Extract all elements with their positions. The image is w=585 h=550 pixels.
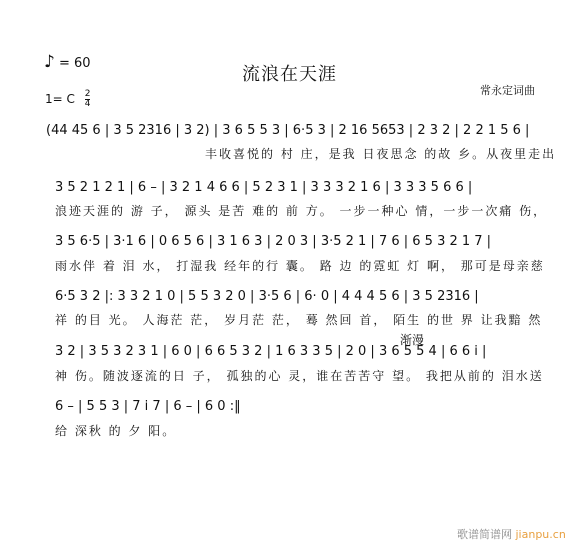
notation-line-2: 3 5 2 1 2 1 | 6 – | 3 2 1 4 6 6 | 5 2 3 … <box>55 180 472 195</box>
author-credit: 常永定词曲 <box>480 82 535 98</box>
time-signature: 2 4 <box>85 90 91 109</box>
key-label: 1= C <box>45 92 75 106</box>
eighth-note-icon: ♪ <box>44 52 55 72</box>
lyrics-line-4: 祥 的目 光。 人海茫 茫， 岁月茫 茫， 蓦 然回 首， 陌生 的世 界 让我… <box>55 311 542 328</box>
notation-line-4: 6·5 3 2 |: 3 3 2 1 0 | 5 5 3 2 0 | 3·5 6… <box>55 289 479 304</box>
notation-line-1: (44 45 6 | 3 5 2316 | 3 2) | 3 6 5 5 3 |… <box>46 123 529 138</box>
watermark-site-name: 歌谱简谱网 <box>457 528 512 541</box>
lyrics-line-6: 给 深秋 的 夕 阳。 <box>55 422 176 439</box>
notation-line-5: 3 2 | 3 5 3 2 3 1 | 6 0 | 6 6 5 3 2 | 1 … <box>55 344 486 359</box>
lyrics-line-3: 雨水伴 着 泪 水， 打湿我 经年的行 囊。 路 边 的霓虹 灯 啊， 那可是母… <box>55 257 545 274</box>
notation-line-3: 3 5 6·5 | 3·1 6 | 0 6 5 6 | 3 1 6 3 | 2 … <box>55 234 491 249</box>
tempo-value: = 60 <box>59 56 91 71</box>
tempo-marking: ♪ = 60 <box>44 52 91 72</box>
watermark-domain: jianpu.cn <box>516 528 566 541</box>
lyrics-line-5: 神 伤。随波逐流的日 子， 孤独的心 灵，谁在苦苦守 望。 我把从前的 泪水送 <box>55 367 544 384</box>
lyrics-line-2: 浪迹天涯的 游 子， 源头 是苦 难的 前 方。 一步一种心 情，一步一次痛 伤… <box>55 202 547 219</box>
notation-line-6: 6 – | 5 5 3 | 7 i 7 | 6 – | 6 0 :‖ <box>55 399 241 414</box>
time-sig-bottom: 4 <box>85 100 91 109</box>
song-title: 流浪在天涯 <box>242 60 337 86</box>
key-signature: 1= C 2 4 <box>45 90 90 109</box>
watermark: 歌谱简谱网 jianpu.cn <box>457 526 566 542</box>
lyrics-line-1: 丰收喜悦的 村 庄，是我 日夜思念 的故 乡。从夜里走出 <box>205 145 556 162</box>
